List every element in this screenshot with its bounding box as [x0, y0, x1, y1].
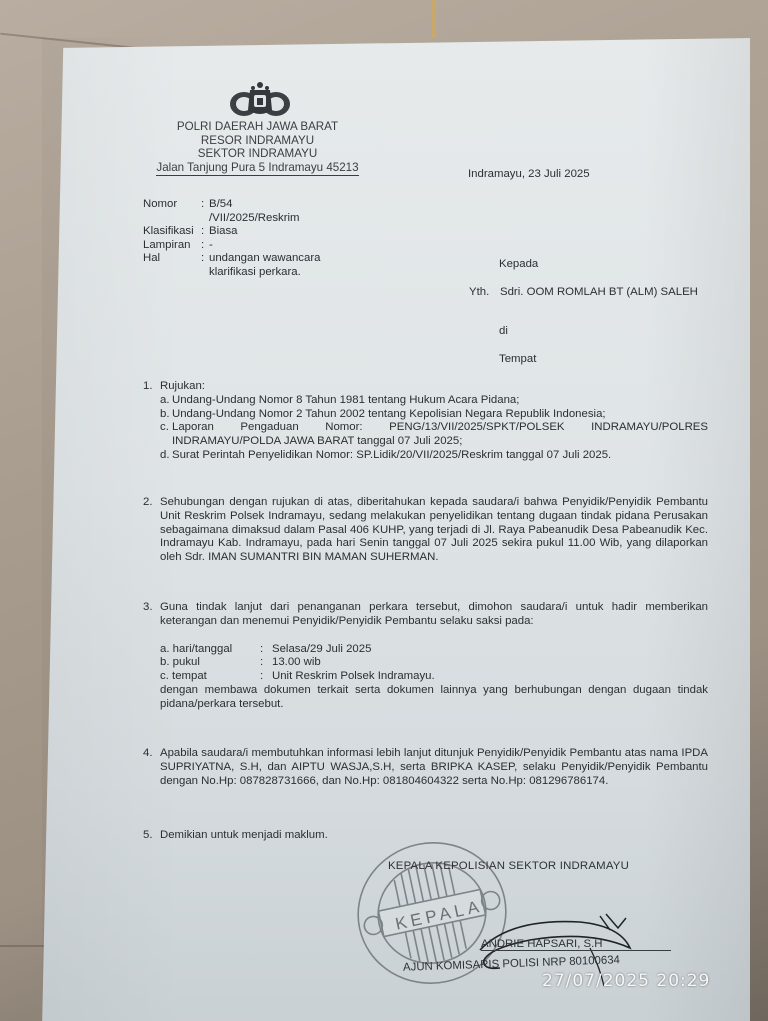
- recipient-block: Yth. Sdri. OOM ROMLAH BT (ALM) SALEH: [469, 286, 704, 299]
- rujukan-item: a.Undang-Undang Nomor 8 Tahun 1981 tenta…: [160, 394, 708, 408]
- schedule-table: a. hari/tanggal:Selasa/29 Juli 2025 b. p…: [160, 643, 435, 684]
- meta-value: B/54 /VII/2025/Reskrim: [209, 198, 324, 225]
- section-number: 4.: [143, 747, 153, 761]
- signatory-title: KEPALA KEPOLISIAN SEKTOR INDRAMAYU: [388, 860, 629, 872]
- meta-value: undangan wawancara klarifikasi perkara.: [209, 252, 324, 279]
- section-3-undangan: 3. Guna tindak lanjut dari penanganan pe…: [143, 601, 708, 712]
- schedule-row: c. tempat:Unit Reskrim Polsek Indramayu.: [160, 670, 435, 684]
- polri-emblem-icon: [228, 80, 292, 120]
- schedule-sep: :: [260, 656, 272, 670]
- schedule-sep: :: [260, 670, 272, 684]
- letterhead-line-1: POLRI DAERAH JAWA BARAT: [140, 120, 375, 134]
- meta-row-hal: Hal : undangan wawancara klarifikasi per…: [143, 252, 324, 279]
- section-text: Sehubungan dengan rujukan di atas, diber…: [160, 496, 708, 565]
- item-letter: d.: [160, 449, 172, 463]
- schedule-row: b. pukul:13.00 wib: [160, 656, 435, 670]
- letterhead-line-3: SEKTOR INDRAMAYU: [140, 147, 375, 161]
- photo-timestamp: 27/07/2025 20:29: [542, 971, 710, 991]
- floor-tile-seam: [432, 0, 436, 38]
- recipient-kepada: Kepada: [499, 258, 538, 271]
- meta-row-lampiran: Lampiran : -: [143, 239, 324, 253]
- schedule-label: b. pukul: [160, 656, 260, 670]
- section-text: Apabila saudara/i membutuhkan informasi …: [160, 747, 708, 788]
- item-letter: a.: [160, 394, 172, 408]
- item-text: Undang-Undang Nomor 2 Tahun 2002 tentang…: [172, 408, 708, 422]
- meta-value: Biasa: [209, 225, 324, 239]
- schedule-label: c. tempat: [160, 670, 260, 684]
- letter-meta: Nomor : B/54 /VII/2025/Reskrim Klasifika…: [143, 198, 324, 279]
- item-text: Surat Perintah Penyelidikan Nomor: SP.Li…: [172, 449, 708, 463]
- section-number: 1.: [143, 380, 153, 394]
- recipient-yth-label: Yth.: [469, 286, 489, 299]
- recipient-tempat: Tempat: [499, 353, 536, 366]
- meta-key: Nomor: [143, 198, 201, 225]
- schedule-value: 13.00 wib: [272, 656, 435, 670]
- meta-sep: :: [201, 239, 209, 253]
- schedule-value: Unit Reskrim Polsek Indramayu.: [272, 670, 435, 684]
- section-text: Guna tindak lanjut dari penanganan perka…: [160, 601, 708, 629]
- meta-key: Hal: [143, 252, 201, 279]
- section-number: 2.: [143, 496, 153, 510]
- schedule-row: a. hari/tanggal:Selasa/29 Juli 2025: [160, 643, 435, 657]
- section-closing: dengan membawa dokumen terkait serta dok…: [160, 684, 708, 712]
- meta-row-klasifikasi: Klasifikasi : Biasa: [143, 225, 324, 239]
- item-text: Undang-Undang Nomor 8 Tahun 1981 tentang…: [172, 394, 708, 408]
- meta-sep: :: [201, 225, 209, 239]
- floor-tile-seam: [0, 945, 45, 947]
- rujukan-item: b.Undang-Undang Nomor 2 Tahun 2002 tenta…: [160, 408, 708, 422]
- section-4-kontak: 4. Apabila saudara/i membutuhkan informa…: [143, 747, 708, 788]
- schedule-value: Selasa/29 Juli 2025: [272, 643, 435, 657]
- rujukan-item: c.Laporan Pengaduan Nomor: PENG/13/VII/2…: [160, 421, 708, 449]
- letterhead-address: Jalan Tanjung Pura 5 Indramayu 45213: [156, 161, 358, 177]
- item-letter: c.: [160, 421, 172, 449]
- rujukan-item: d.Surat Perintah Penyelidikan Nomor: SP.…: [160, 449, 708, 463]
- schedule-sep: :: [260, 643, 272, 657]
- letterhead-line-2: RESOR INDRAMAYU: [140, 134, 375, 148]
- section-2-pemberitahuan: 2. Sehubungan dengan rujukan di atas, di…: [143, 496, 708, 565]
- letter-date: Indramayu, 23 Juli 2025: [468, 168, 590, 181]
- meta-key: Klasifikasi: [143, 225, 201, 239]
- meta-row-nomor: Nomor : B/54 /VII/2025/Reskrim: [143, 198, 324, 225]
- floor-tile-seam: [0, 33, 139, 50]
- schedule-label: a. hari/tanggal: [160, 643, 260, 657]
- item-text: Laporan Pengaduan Nomor: PENG/13/VII/202…: [172, 421, 708, 449]
- recipient-name: Sdri. OOM ROMLAH BT (ALM) SALEH: [500, 286, 704, 299]
- section-heading: Rujukan:: [160, 380, 708, 394]
- meta-sep: :: [201, 198, 209, 225]
- meta-sep: :: [201, 252, 209, 279]
- meta-value: -: [209, 239, 324, 253]
- letterhead: POLRI DAERAH JAWA BARAT RESOR INDRAMAYU …: [140, 120, 375, 176]
- section-number: 3.: [143, 601, 153, 615]
- item-letter: b.: [160, 408, 172, 422]
- section-number: 5.: [143, 829, 153, 843]
- signatory-name: ANDRIE HAPSARI, S.H: [481, 938, 671, 951]
- meta-key: Lampiran: [143, 239, 201, 253]
- recipient-di: di: [499, 325, 508, 338]
- section-1-rujukan: 1. Rujukan: a.Undang-Undang Nomor 8 Tahu…: [143, 380, 708, 463]
